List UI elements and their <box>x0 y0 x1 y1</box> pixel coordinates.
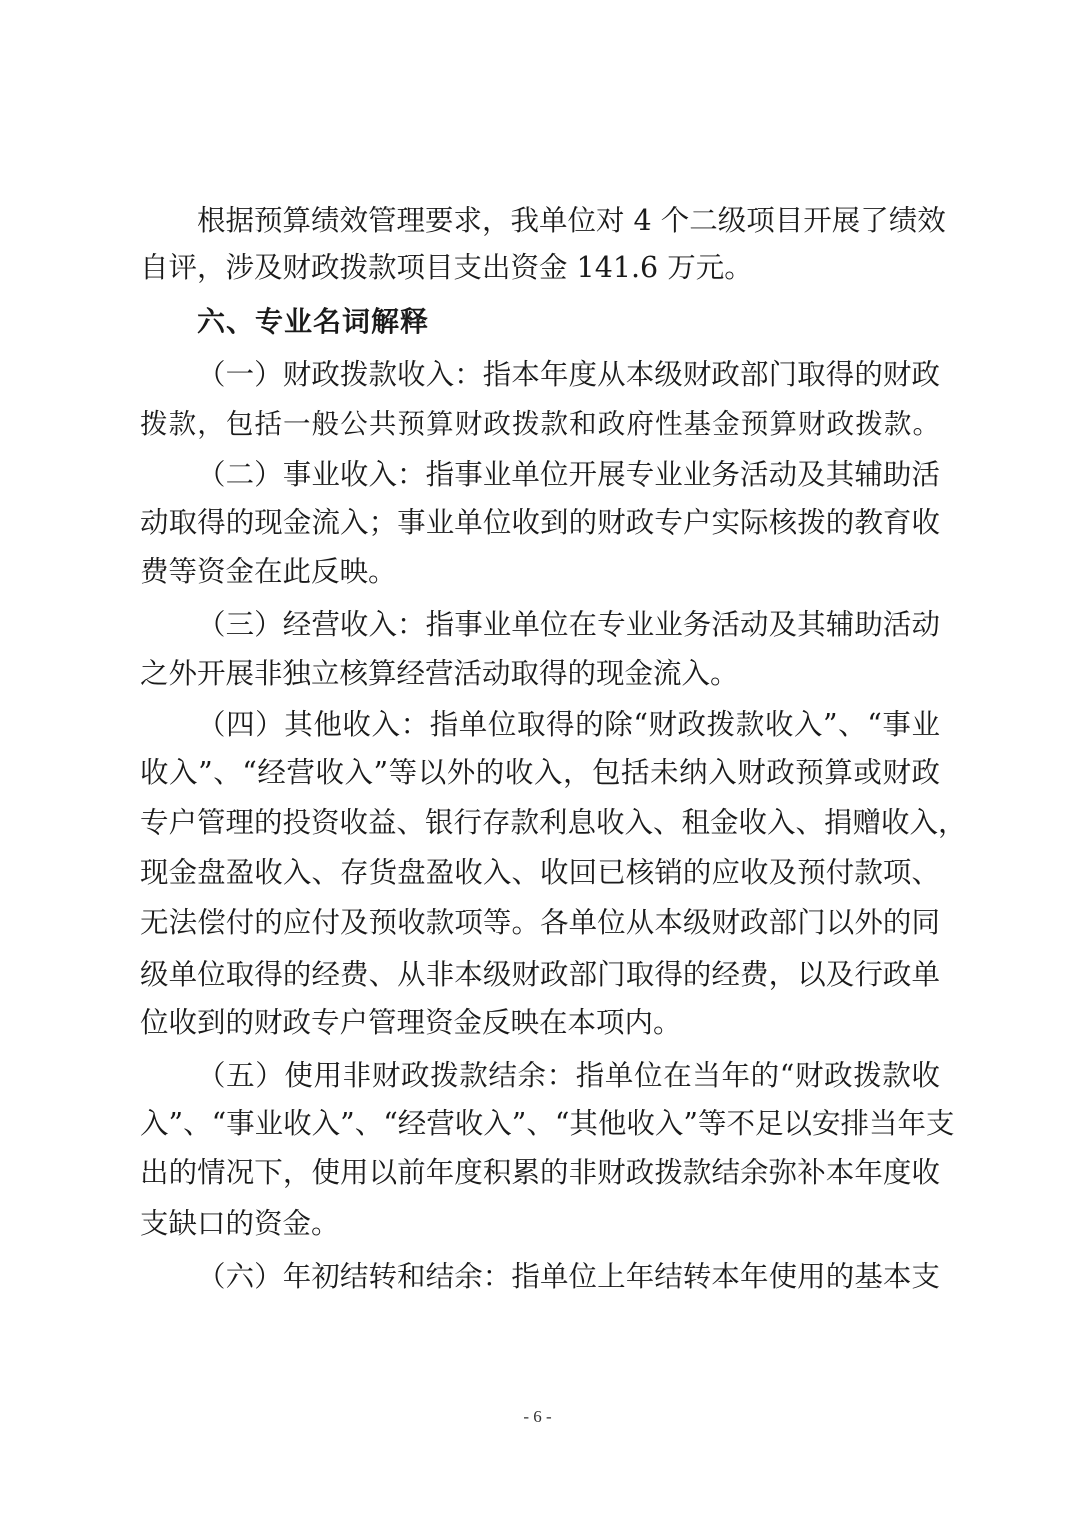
section-heading: 六、专业名词解释 <box>197 302 940 342</box>
definition-1-line-2: 拨款，包括一般公共预算财政拨款和政府性基金预算财政拨款。 <box>140 404 940 444</box>
definition-5-line-2: 入”、“事业收入”、“经营收入”、“其他收入”等不足以安排当年支 <box>140 1104 940 1144</box>
document-page: 根据预算绩效管理要求，我单位对 4 个二级项目开展了绩效 自评，涉及财政拨款项目… <box>0 0 1075 1520</box>
definition-2-line-1: （二）事业收入：指事业单位开展专业业务活动及其辅助活 <box>197 455 940 495</box>
intro-line-2: 自评，涉及财政拨款项目支出资金 141.6 万元。 <box>140 248 940 288</box>
definition-4-label: （四）其他收入： <box>197 708 430 741</box>
definition-6-text: 指单位上年结转本年使用的基本支 <box>511 1260 940 1293</box>
definition-4-line-1: （四）其他收入：指单位取得的除“财政拨款收入”、“事业 <box>197 705 940 745</box>
definition-1-text: 指本年度从本级财政部门取得的财政 <box>483 358 940 391</box>
definition-4-line-3: 专户管理的投资收益、银行存款利息收入、租金收入、捐赠收入， <box>140 803 940 843</box>
definition-4-line-5: 无法偿付的应付及预收款项等。各单位从本级财政部门以外的同 <box>140 903 940 943</box>
definition-5-line-3: 出的情况下，使用以前年度积累的非财政拨款结余弥补本年度收 <box>140 1153 940 1193</box>
definition-6-line-1: （六）年初结转和结余：指单位上年结转本年使用的基本支 <box>197 1257 940 1297</box>
definition-3-line-1: （三）经营收入：指事业单位在专业业务活动及其辅助活动 <box>197 605 940 645</box>
definition-5-label: （五）使用非财政拨款结余： <box>197 1059 576 1092</box>
definition-4-text: 指单位取得的除“财政拨款收入”、“事业 <box>430 708 940 741</box>
definition-2-line-2: 动取得的现金流入；事业单位收到的财政专户实际核拨的教育收 <box>140 503 940 543</box>
definition-4-line-4: 现金盘盈收入、存货盘盈收入、收回已核销的应收及预付款项、 <box>140 853 940 893</box>
definition-5-line-4: 支缺口的资金。 <box>140 1204 940 1244</box>
definition-2-text: 指事业单位开展专业业务活动及其辅助活 <box>426 458 940 491</box>
definition-5-line-1: （五）使用非财政拨款结余：指单位在当年的“财政拨款收 <box>197 1056 940 1096</box>
definition-3-text: 指事业单位在专业业务活动及其辅助活动 <box>426 608 940 641</box>
definition-2-label: （二）事业收入： <box>197 458 426 491</box>
intro-line-1: 根据预算绩效管理要求，我单位对 4 个二级项目开展了绩效 <box>197 201 940 241</box>
definition-1-line-1: （一）财政拨款收入：指本年度从本级财政部门取得的财政 <box>197 355 940 395</box>
definition-1-label: （一）财政拨款收入： <box>197 358 483 391</box>
definition-5-text: 指单位在当年的“财政拨款收 <box>576 1059 940 1092</box>
definition-4-line-2: 收入”、“经营收入”等以外的收入，包括未纳入财政预算或财政 <box>140 753 940 793</box>
definition-2-line-3: 费等资金在此反映。 <box>140 552 940 592</box>
definition-4-line-6: 级单位取得的经费、从非本级财政部门取得的经费，以及行政单 <box>140 955 940 995</box>
definition-3-line-2: 之外开展非独立核算经营活动取得的现金流入。 <box>140 654 940 694</box>
definition-6-label: （六）年初结转和结余： <box>197 1260 511 1293</box>
definition-3-label: （三）经营收入： <box>197 608 426 641</box>
definition-4-line-7: 位收到的财政专户管理资金反映在本项内。 <box>140 1003 940 1043</box>
page-number: - 6 - <box>0 1407 1075 1427</box>
